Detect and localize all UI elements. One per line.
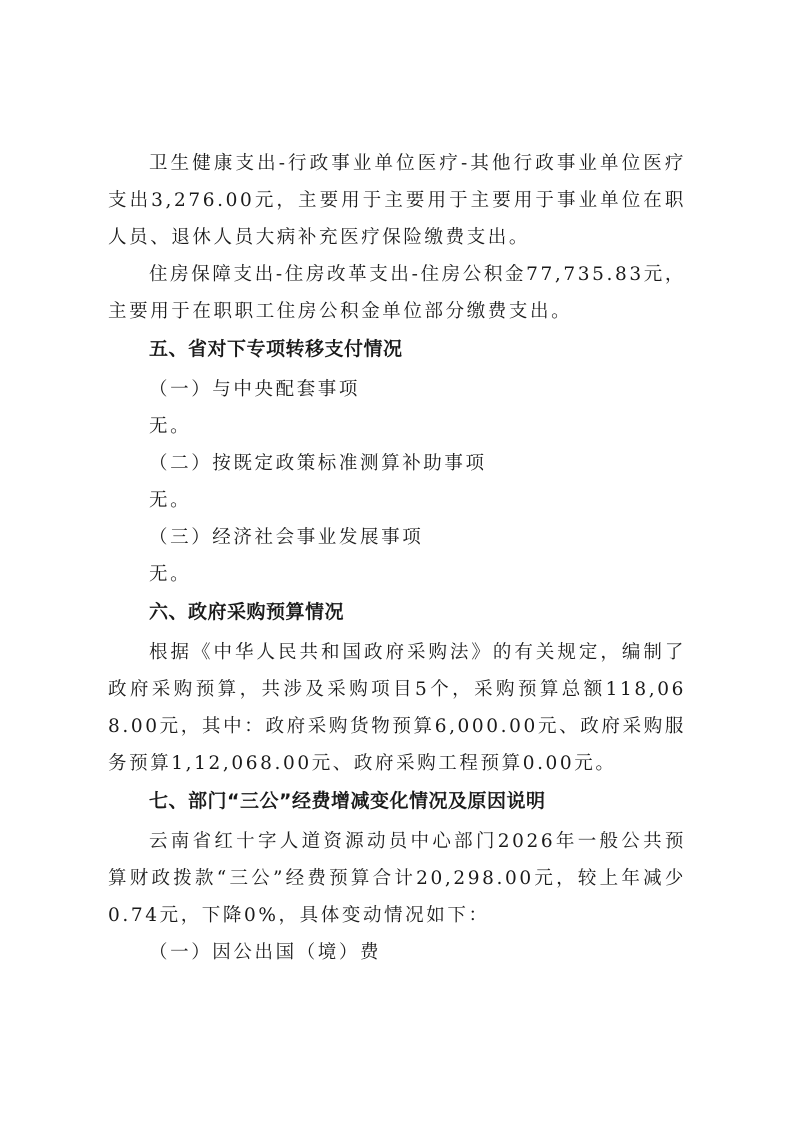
section-heading-5: 五、省对下专项转移支付情况 (108, 331, 686, 368)
section-heading-6: 六、政府采购预算情况 (108, 594, 686, 631)
none-text-1: 无。 (108, 408, 686, 445)
none-text-2: 无。 (108, 482, 686, 519)
section-heading-7: 七、部门“三公”经费增减变化情况及原因说明 (108, 783, 686, 820)
subheading-2: （二）按既定政策标准测算补助事项 (108, 445, 686, 482)
paragraph-health-expenditure: 卫生健康支出-行政事业单位医疗-其他行政事业单位医疗支出3,276.00元，主要… (108, 145, 686, 256)
none-text-3: 无。 (108, 556, 686, 593)
paragraph-three-public-expenses: 云南省红十字人道资源动员中心部门2026年一般公共预算财政拨款“三公”经费预算合… (108, 823, 686, 934)
paragraph-procurement: 根据《中华人民共和国政府采购法》的有关规定，编制了政府采购预算，共涉及采购项目5… (108, 634, 686, 782)
paragraph-housing-fund: 住房保障支出-住房改革支出-住房公积金77,735.83元，主要用于在职职工住房… (108, 256, 686, 330)
subheading-3: （三）经济社会事业发展事项 (108, 519, 686, 556)
document-page: 卫生健康支出-行政事业单位医疗-其他行政事业单位医疗支出3,276.00元，主要… (108, 145, 686, 971)
subheading-1: （一）与中央配套事项 (108, 371, 686, 408)
subheading-overseas-travel: （一）因公出国（境）费 (108, 934, 686, 971)
